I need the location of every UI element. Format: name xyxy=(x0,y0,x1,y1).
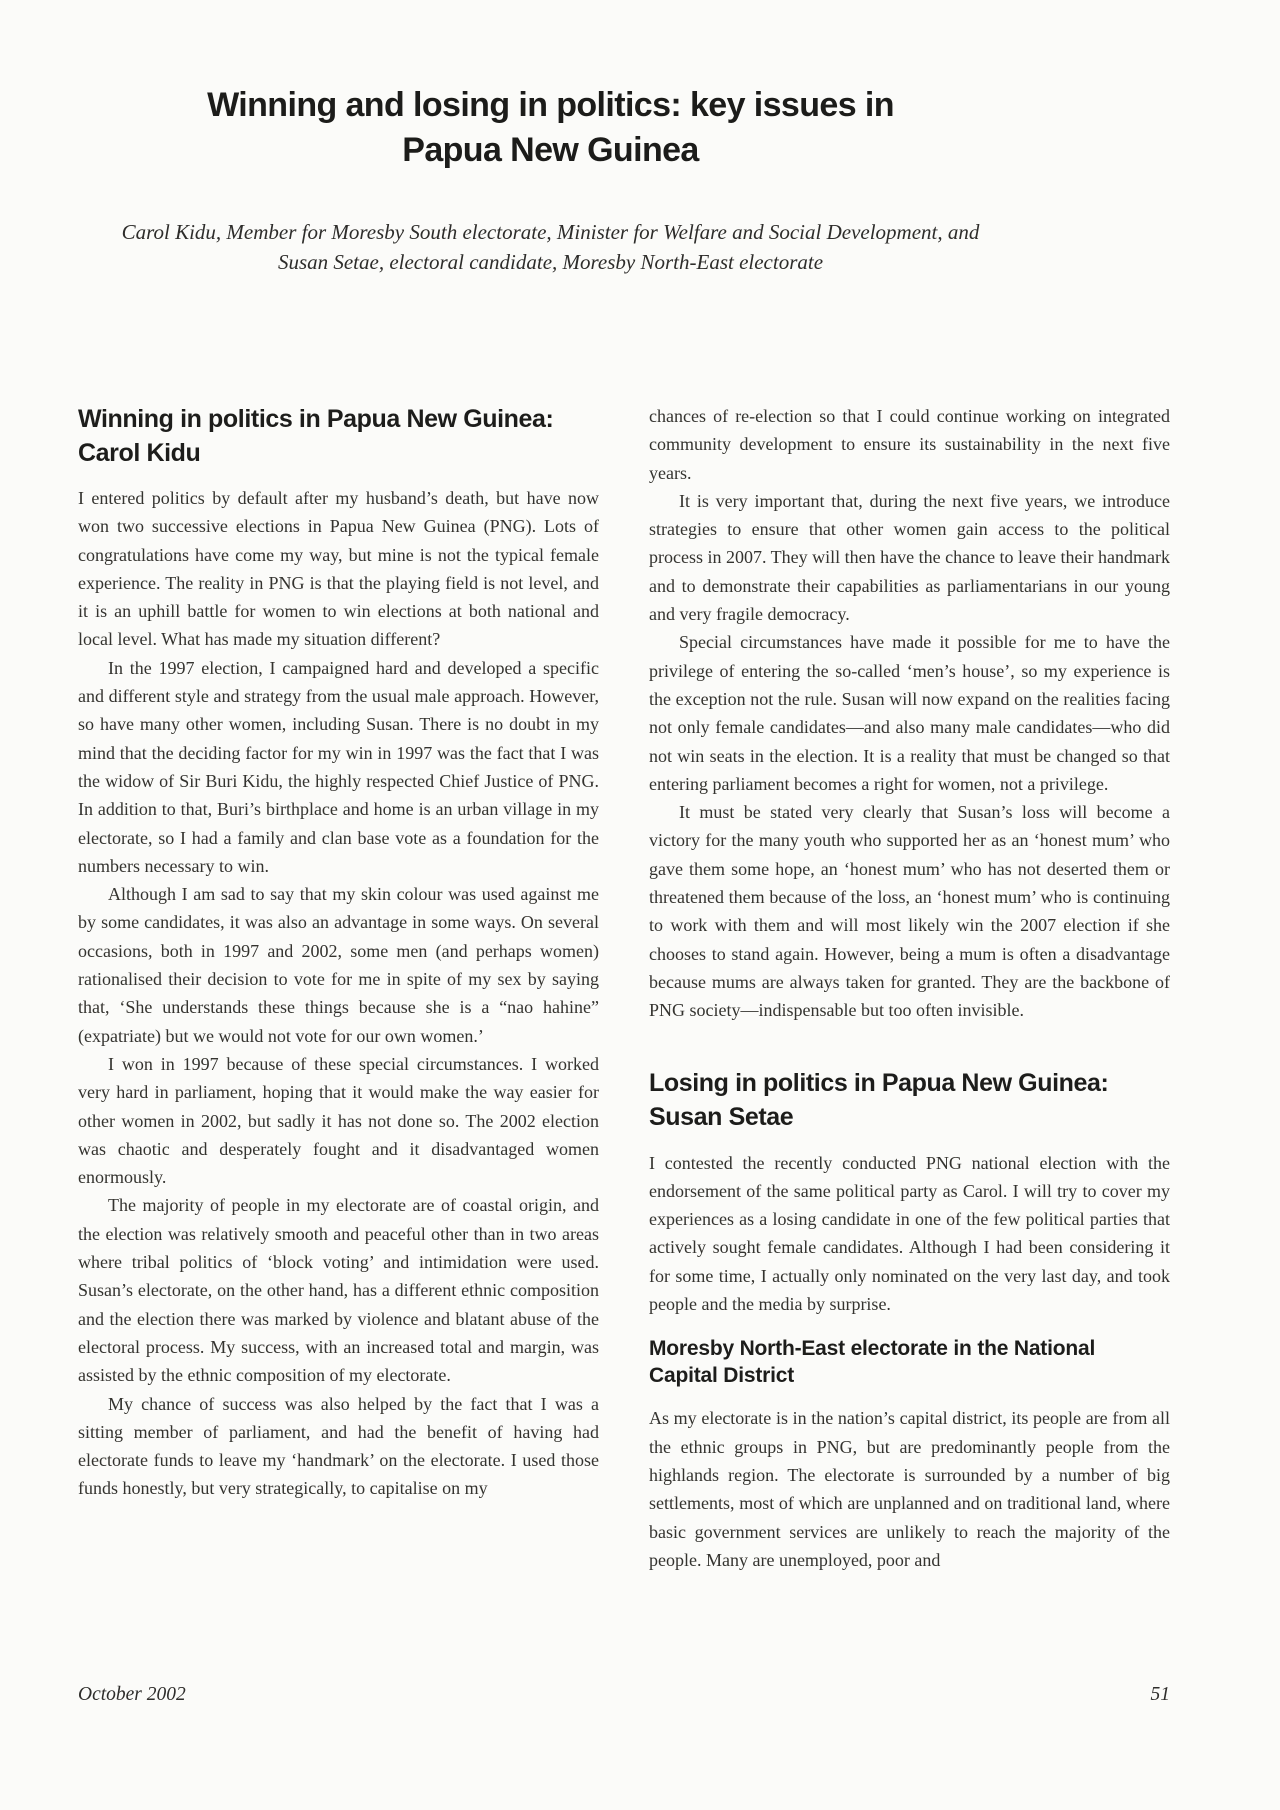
section-heading-line: Carol Kidu xyxy=(78,436,599,470)
section-heading-line: Susan Setae xyxy=(649,1100,1170,1134)
page-number: 51 xyxy=(1151,1684,1171,1706)
section-heading-winning-carol-kidu: Winning in politics in Papua New Guinea:… xyxy=(78,402,599,470)
paragraph: Special circumstances have made it possi… xyxy=(649,628,1170,798)
document-page: Winning and losing in politics: key issu… xyxy=(0,0,1280,1810)
paragraph: As my electorate is in the nation’s capi… xyxy=(649,1404,1170,1574)
page-footer: October 2002 51 xyxy=(78,1684,1170,1706)
paragraph: My chance of success was also helped by … xyxy=(78,1390,599,1503)
two-column-body: Winning in politics in Papua New Guinea:… xyxy=(78,402,1170,1574)
footer-date: October 2002 xyxy=(78,1684,186,1706)
section-heading-losing-susan-setae: Losing in politics in Papua New Guinea: … xyxy=(649,1066,1170,1134)
article-title-line-1: Winning and losing in politics: key issu… xyxy=(78,83,1023,128)
subsection-heading-line: Capital District xyxy=(649,1362,1170,1389)
article-header: Winning and losing in politics: key issu… xyxy=(78,0,1023,277)
article-byline: Carol Kidu, Member for Moresby South ele… xyxy=(78,217,1023,277)
paragraph: I won in 1997 because of these special c… xyxy=(78,1050,599,1191)
paragraph: The majority of people in my electorate … xyxy=(78,1191,599,1389)
section-heading-line: Losing in politics in Papua New Guinea: xyxy=(649,1066,1170,1100)
subsection-heading-line: Moresby North-East electorate in the Nat… xyxy=(649,1335,1170,1362)
article-title-line-2: Papua New Guinea xyxy=(78,128,1023,173)
article-byline-line-1: Carol Kidu, Member for Moresby South ele… xyxy=(78,217,1023,247)
paragraph: Although I am sad to say that my skin co… xyxy=(78,880,599,1050)
subsection-heading-moresby-north-east: Moresby North-East electorate in the Nat… xyxy=(649,1335,1170,1389)
left-column: Winning in politics in Papua New Guinea:… xyxy=(78,402,599,1574)
paragraph: I entered politics by default after my h… xyxy=(78,484,599,654)
paragraph: It is very important that, during the ne… xyxy=(649,487,1170,628)
paragraph: chances of re-election so that I could c… xyxy=(649,402,1170,487)
article-byline-line-2: Susan Setae, electoral candidate, Moresb… xyxy=(78,247,1023,277)
right-column: chances of re-election so that I could c… xyxy=(649,402,1170,1574)
paragraph: It must be stated very clearly that Susa… xyxy=(649,798,1170,1024)
paragraph: I contested the recently conducted PNG n… xyxy=(649,1149,1170,1319)
paragraph: In the 1997 election, I campaigned hard … xyxy=(78,654,599,880)
section-heading-line: Winning in politics in Papua New Guinea: xyxy=(78,402,599,436)
article-title: Winning and losing in politics: key issu… xyxy=(78,83,1023,173)
